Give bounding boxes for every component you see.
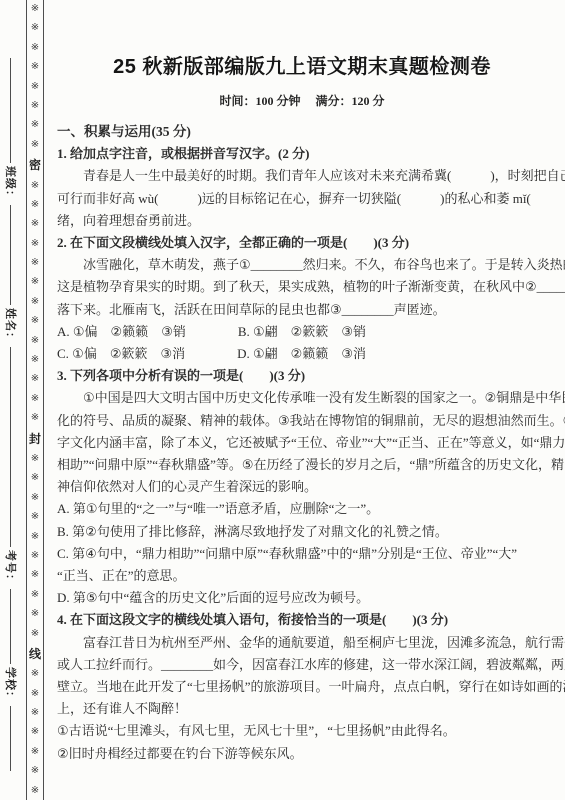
seal-line-char: 线 (29, 648, 41, 660)
binding-symbol: ※ (31, 43, 39, 53)
text-line: 落下来。北雁南飞，活跃在田间草际的昆虫也都③________声匿迹。 (57, 299, 557, 321)
binding-symbol: ※ (31, 708, 39, 718)
binding-rule-right (43, 0, 44, 800)
text-line: A. ①偏 ②籁籁 ③销 B. ①翩 ②簌簌 ③销 (57, 321, 557, 343)
binding-symbol: ※ (31, 413, 39, 423)
text-line: 绪，向着理想奋勇前进。 (57, 210, 557, 232)
binding-symbol: ※ (31, 297, 39, 307)
binding-symbol: ※ (31, 532, 39, 542)
field-fill-line (11, 706, 13, 771)
text-line: B. 第②句使用了排比修辞，淋漓尽致地抒发了对鼎文化的礼赞之情。 (57, 521, 557, 543)
binding-symbol: ※ (31, 101, 39, 111)
seal-column: ※※※※※※※※密※※※※※※※※※※※※※封※※※※※※※※※※线※※※※※※… (27, 0, 43, 800)
binding-symbol: ※ (31, 4, 39, 14)
binding-symbol: ※ (31, 239, 39, 249)
side-spacer (11, 0, 12, 55)
field-fill-line (11, 205, 13, 305)
text-line: 青春是人一生中最美好的时期。我们青年人应该对未来充满希冀( )，时刻把自己切实 (57, 165, 557, 187)
binding-symbol: ※ (31, 316, 39, 326)
text-line: A. 第①句里的“之一”与“唯一”语意矛盾，应删除“之一”。 (57, 498, 557, 520)
text-line: 化的符号、品质的凝聚、精神的载体。③我站在博物馆的铜鼎前，无尽的遐想油然而生。④… (57, 410, 557, 432)
field-fill-line (11, 589, 13, 664)
binding-symbol: ※ (31, 629, 39, 639)
binding-symbol: ※ (31, 200, 39, 210)
text-line: ②旧时舟楫经过都要在钓台下游等候东风。 (57, 743, 557, 765)
field-fill-line (11, 58, 13, 163)
text-line: 字文化内涵丰富，除了本义，它还被赋予“王位、帝业”“大”“正当、正在”等意义，如… (57, 432, 557, 454)
paper-title: 25 秋新版部编版九上语文期末真题检测卷 (55, 50, 549, 79)
text-line: 可行而非好高 wù( )远的目标铭记在心，摒弃一切狭隘( )的私心和萎 mǐ( … (57, 188, 557, 210)
binding-symbol: ※ (31, 570, 39, 580)
binding-symbol: ※ (31, 766, 39, 776)
binding-symbol: ※ (31, 473, 39, 483)
text-line: 这是植物孕育果实的时期。到了秋天，果实成熟，植物的叶子渐渐变黄，在秋风中②___… (57, 276, 557, 298)
text-line: 冰雪融化，草木萌发，燕子①________然归来。不久，布谷鸟也来了。于是转入炎… (57, 254, 557, 276)
text-line: D. 第⑤句中“蕴含的历史文化”后面的逗号应改为顿号。 (57, 587, 557, 609)
text-line: C. 第④句中，“鼎力相助”“问鼎中原”“春秋鼎盛”中的“鼎”分别是“王位、帝业… (57, 543, 557, 565)
text-line: ①古语说“七里滩头，有风七里，无风七十里”，“七里扬帆”由此得名。 (57, 720, 557, 742)
text-line: 2. 在下面文段横线处填入汉字，全都正确的一项是( )(3 分) (57, 232, 557, 254)
binding-symbol: ※ (31, 82, 39, 92)
binding-symbol: ※ (31, 120, 39, 130)
binding-symbol: ※ (31, 609, 39, 619)
seal-line-char: 密 (29, 159, 41, 171)
content-lines: 一、积累与运用(35 分)1. 给加点字注音，或根据拼音写汉字。(2 分)青春是… (57, 121, 557, 765)
text-line: 神信仰依然对人们的心灵产生着深远的影响。 (57, 476, 557, 498)
seal-line-char: 封 (29, 433, 41, 445)
text-line: 相助”“问鼎中原”“春秋鼎盛”等。⑤在历经了漫长的岁月之后，“鼎”所蕴含的历史文… (57, 454, 557, 476)
binding-symbol: ※ (31, 140, 39, 150)
student-info-fields: 班级：姓名：考号：学校： (0, 0, 23, 800)
binding-symbol: ※ (31, 219, 39, 229)
binding-symbol: ※ (31, 590, 39, 600)
field-fill-line (11, 347, 13, 547)
binding-symbol: ※ (31, 454, 39, 464)
binding-symbol: ※ (31, 493, 39, 503)
text-line: 1. 给加点字注音，或根据拼音写汉字。(2 分) (57, 143, 557, 165)
paper-meta: 时间：100 分钟 满分：120 分 (55, 92, 549, 109)
text-line: 富春江昔日为杭州至严州、金华的通航要道，船至桐庐七里泷，因滩多流急，航行需借风力 (57, 632, 557, 654)
binding-symbol: ※ (31, 786, 39, 796)
text-line: C. ①偏 ②簌簌 ③消 D. ①翩 ②籁籁 ③消 (57, 343, 557, 365)
field-label: 学校： (4, 667, 20, 703)
binding-symbol: ※ (31, 336, 39, 346)
exam-paper-page: ※※※※※※※※密※※※※※※※※※※※※※封※※※※※※※※※※线※※※※※※… (0, 0, 565, 800)
binding-symbol: ※ (31, 374, 39, 384)
text-line: 3. 下列各项中分析有误的一项是( )(3 分) (57, 365, 557, 387)
binding-symbol: ※ (31, 23, 39, 33)
binding-symbol: ※ (31, 258, 39, 268)
section-heading: 一、积累与运用(35 分) (57, 121, 557, 143)
binding-symbol: ※ (31, 181, 39, 191)
binding-symbol: ※ (31, 62, 39, 72)
binding-symbol: ※ (31, 727, 39, 737)
text-line: 4. 在下面这段文字的横线处填入语句，衔接恰当的一项是( )(3 分) (57, 609, 557, 631)
field-label: 姓名： (4, 308, 20, 344)
text-line: “正当、正在”的意思。 (57, 565, 557, 587)
field-label: 考号： (4, 550, 20, 586)
binding-symbol: ※ (31, 277, 39, 287)
binding-symbol: ※ (31, 394, 39, 404)
binding-symbol: ※ (31, 669, 39, 679)
binding-symbol: ※ (31, 551, 39, 561)
text-line: 壁立。当地在此开发了“七里扬帆”的旅游项目。一叶扁舟，点点白帆，穿行在如诗如画的… (57, 676, 557, 698)
binding-symbol: ※ (31, 512, 39, 522)
text-line: 上，还有谁人不陶醉！ (57, 698, 557, 720)
binding-symbol: ※ (31, 355, 39, 365)
field-label: 班级： (4, 166, 20, 202)
text-line: 或人工拉纤而行。________如今，因富春江水库的修建，这一带水深江阔，碧波粼… (57, 654, 557, 676)
binding-symbol: ※ (31, 747, 39, 757)
text-line: ①中国是四大文明古国中历史文化传承唯一没有发生断裂的国家之一。②铜鼎是中华民族文 (57, 387, 557, 409)
binding-symbol: ※ (31, 689, 39, 699)
